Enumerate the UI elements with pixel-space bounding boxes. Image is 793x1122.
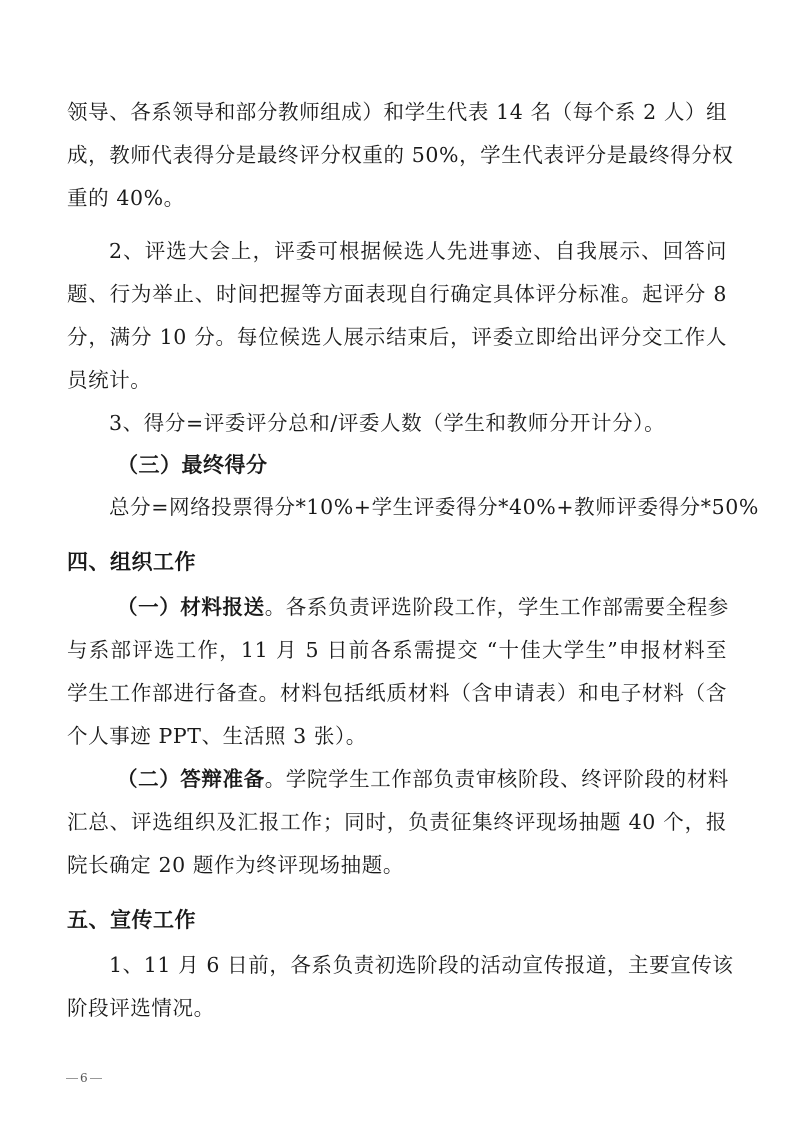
paragraph-line: 院长确定 20 题作为终评现场抽题。	[67, 850, 727, 880]
paragraph-line: 学生工作部进行备查。材料包括纸质材料（含申请表）和电子材料（含	[67, 678, 727, 708]
paragraph-line: 1、11 月 6 日前，各系负责初选阶段的活动宣传报道，主要宣传该	[67, 950, 727, 980]
paragraph-text: 。学院学生工作部负责审核阶段、终评阶段的材料	[265, 767, 729, 791]
paragraph-line: 阶段评选情况。	[67, 993, 727, 1023]
paragraph-line: 3、得分=评委评分总和/评委人数（学生和教师分开计分）。	[67, 408, 727, 438]
paragraph-line: 分，满分 10 分。每位候选人展示结束后，评委立即给出评分交工作人	[67, 322, 727, 352]
paragraph-line: 与系部评选工作，11 月 5 日前各系需提交 “十佳大学生”申报材料至	[67, 635, 727, 665]
paragraph-line: 个人事迹 PPT、生活照 3 张）。	[67, 721, 727, 751]
subsection-label: （二）答辩准备	[117, 767, 265, 791]
paragraph-line: （一）材料报送。各系负责评选阶段工作，学生工作部需要全程参	[67, 592, 727, 622]
page-number: 6	[80, 1071, 88, 1085]
subsection-heading: （三）最终得分	[67, 450, 727, 480]
paragraph-line: （二）答辩准备。学院学生工作部负责审核阶段、终评阶段的材料	[67, 764, 727, 794]
page-footer: 6	[64, 1071, 104, 1085]
paragraph-line: 2、评选大会上，评委可根据候选人先进事迹、自我展示、回答问	[67, 236, 727, 266]
paragraph-line: 领导、各系领导和部分教师组成）和学生代表 14 名（每个系 2 人）组	[67, 97, 727, 127]
formula-line: 总分=网络投票得分*10%+学生评委得分*40%+教师评委得分*50%	[67, 492, 727, 522]
paragraph-line: 重的 40%。	[67, 183, 727, 213]
paragraph-line: 员统计。	[67, 365, 727, 395]
section-heading: 四、组织工作	[67, 547, 727, 577]
section-heading: 五、宣传工作	[67, 905, 727, 935]
subsection-label: （一）材料报送	[117, 595, 265, 619]
paragraph-text: 。各系负责评选阶段工作，学生工作部需要全程参	[265, 595, 729, 619]
paragraph-line: 成，教师代表得分是最终评分权重的 50%，学生代表评分是最终得分权	[67, 140, 727, 170]
dash-decoration	[90, 1078, 102, 1079]
dash-decoration	[66, 1078, 78, 1079]
paragraph-line: 题、行为举止、时间把握等方面表现自行确定具体评分标准。起评分 8	[67, 279, 727, 309]
paragraph-line: 汇总、评选组织及汇报工作；同时，负责征集终评现场抽题 40 个，报	[67, 807, 727, 837]
